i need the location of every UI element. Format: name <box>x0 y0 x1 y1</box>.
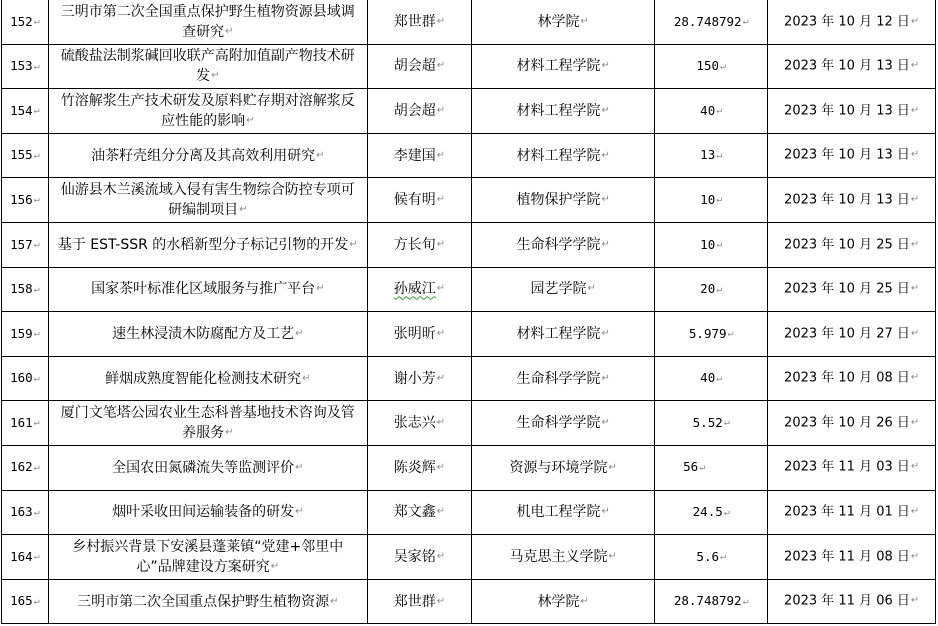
row-number: 164 <box>10 549 33 564</box>
row-number: 154 <box>10 103 33 118</box>
paragraph-mark-icon: ↵ <box>34 417 40 428</box>
project-leader: 郑世群 <box>394 594 436 610</box>
project-leader-cell[interactable]: 陈炎辉↵ <box>367 445 472 490</box>
date-value: 2023 年 11 月 06 日 <box>784 594 910 609</box>
project-leader-cell[interactable]: 张明昕↵ <box>367 312 472 357</box>
paragraph-mark-icon: ↵ <box>601 506 609 517</box>
college-name: 生命科学学院 <box>516 371 600 387</box>
college-name: 园艺学院 <box>530 281 586 297</box>
paragraph-mark-icon: ↵ <box>911 595 919 606</box>
project-leader: 郑世群 <box>394 14 436 30</box>
date-cell[interactable]: 2023 年 10 月 13 日↵ <box>768 133 936 178</box>
amount-value: 5.52 <box>693 415 723 430</box>
paragraph-mark-icon: ↵ <box>580 16 588 27</box>
project-title-cell[interactable]: 国家茶叶标准化区域服务与推广平台↵ <box>48 267 367 312</box>
college-name: 林学院 <box>537 594 579 610</box>
paragraph-mark-icon: ↵ <box>437 551 445 562</box>
college-cell[interactable]: 生命科学学院↵ <box>472 222 655 267</box>
project-leader: 吴家铭 <box>394 549 436 565</box>
project-leader: 候有明 <box>394 192 436 208</box>
table-row: 162↵ 全国农田氮磷流失等监测评价↵ 陈炎辉↵ 资源与环境学院↵ 56↵ 20… <box>2 445 936 490</box>
paragraph-mark-icon: ↵ <box>601 328 609 339</box>
row-number: 161 <box>10 415 33 430</box>
amount-cell[interactable]: 24.5↵ <box>655 490 768 535</box>
paragraph-mark-icon: ↵ <box>724 507 730 518</box>
paragraph-mark-icon: ↵ <box>34 507 40 518</box>
project-leader-cell[interactable]: 方长旬↵ <box>367 222 472 267</box>
row-number-cell[interactable]: 152↵ <box>2 0 49 44</box>
college-name: 材料工程学院 <box>516 148 600 164</box>
amount-value: 13 <box>700 147 715 162</box>
amount-value: 10 <box>700 237 715 252</box>
project-leader-cell[interactable]: 谢小芳↵ <box>367 356 472 401</box>
table-row: 164↵ 乡村振兴背景下安溪县蓬莱镇“党建+邻里中心”品牌建设方案研究↵ 吴家铭… <box>2 535 936 580</box>
row-number-cell[interactable]: 157↵ <box>2 222 49 267</box>
project-title: 鲜烟成熟度智能化检测技术研究 <box>105 371 301 387</box>
date-cell[interactable]: 2023 年 11 月 06 日↵ <box>768 579 936 624</box>
paragraph-mark-icon: ↵ <box>437 373 445 384</box>
project-title: 竹溶解浆生产技术研发及原料贮存期对溶解浆反应性能的影响 <box>61 93 355 129</box>
paragraph-mark-icon: ↵ <box>239 204 247 215</box>
paragraph-mark-icon: ↵ <box>437 596 445 607</box>
project-leader: 谢小芳 <box>394 371 436 387</box>
college-name: 植物保护学院 <box>516 192 600 208</box>
college-name: 机电工程学院 <box>516 504 600 520</box>
date-cell[interactable]: 2023 年 10 月 26 日↵ <box>768 401 936 446</box>
amount-value: 24.5 <box>693 504 723 519</box>
project-leader-cell[interactable]: 候有明↵ <box>367 178 472 223</box>
college-cell[interactable]: 材料工程学院↵ <box>472 44 655 89</box>
project-title-cell[interactable]: 硫酸盐法制浆碱回收联产高附加值副产物技术研发↵ <box>48 44 367 89</box>
paragraph-mark-icon: ↵ <box>246 115 254 126</box>
paragraph-mark-icon: ↵ <box>601 239 609 250</box>
paragraph-mark-icon: ↵ <box>34 150 40 161</box>
paragraph-mark-icon: ↵ <box>716 105 722 116</box>
project-leader: 郑文鑫 <box>394 504 436 520</box>
table-row: 161↵ 厦门文笔塔公园农业生态科普基地技术咨询及管养服务↵ 张志兴↵ 生命科学… <box>2 401 936 446</box>
date-cell[interactable]: 2023 年 10 月 27 日↵ <box>768 312 936 357</box>
table-row: 152↵ 三明市第二次全国重点保护野生植物资源县域调查研究↵ 郑世群↵ 林学院↵… <box>2 0 936 44</box>
paragraph-mark-icon: ↵ <box>211 70 219 81</box>
paragraph-mark-icon: ↵ <box>608 551 616 562</box>
paragraph-mark-icon: ↵ <box>295 328 303 339</box>
row-number-cell[interactable]: 163↵ <box>2 490 49 535</box>
project-leader-cell[interactable]: 张志兴↵ <box>367 401 472 446</box>
college-cell[interactable]: 材料工程学院↵ <box>472 133 655 178</box>
college-cell[interactable]: 生命科学学院↵ <box>472 401 655 446</box>
amount-value: 20 <box>700 281 715 296</box>
amount-value: 40 <box>700 103 715 118</box>
date-cell[interactable]: 2023 年 11 月 03 日↵ <box>768 445 936 490</box>
paragraph-mark-icon: ↵ <box>34 596 40 607</box>
project-title-cell[interactable]: 厦门文笔塔公园农业生态科普基地技术咨询及管养服务↵ <box>48 401 367 446</box>
amount-cell[interactable]: 28.748792↵ <box>655 0 768 44</box>
college-cell[interactable]: 材料工程学院↵ <box>472 312 655 357</box>
college-name: 材料工程学院 <box>516 103 600 119</box>
row-number-cell[interactable]: 160↵ <box>2 356 49 401</box>
project-leader: 胡会超 <box>394 58 436 74</box>
project-title-cell[interactable]: 仙游县木兰溪流域入侵有害生物综合防控专项可研编制项目↵ <box>48 178 367 223</box>
paragraph-mark-icon: ↵ <box>34 328 40 339</box>
paragraph-mark-icon: ↵ <box>601 150 609 161</box>
project-title-cell[interactable]: 鲜烟成熟度智能化检测技术研究↵ <box>48 356 367 401</box>
row-number-cell[interactable]: 162↵ <box>2 445 49 490</box>
project-title: 三明市第二次全国重点保护野生植物资源县域调查研究 <box>61 4 355 40</box>
row-number-cell[interactable]: 156↵ <box>2 178 49 223</box>
row-number: 158 <box>10 281 33 296</box>
project-leader: 张明昕 <box>394 326 436 342</box>
paragraph-mark-icon: ↵ <box>911 506 919 517</box>
paragraph-mark-icon: ↵ <box>295 462 303 473</box>
date-cell[interactable]: 2023 年 10 月 12 日↵ <box>768 0 936 44</box>
date-value: 2023 年 10 月 13 日 <box>784 59 910 74</box>
paragraph-mark-icon: ↵ <box>34 61 40 72</box>
paragraph-mark-icon: ↵ <box>302 373 310 384</box>
paragraph-mark-icon: ↵ <box>911 551 919 562</box>
table-row: 159↵ 速生林浸渍木防腐配方及工艺↵ 张明昕↵ 材料工程学院↵ 5.979↵ … <box>2 312 936 357</box>
project-title: 速生林浸渍木防腐配方及工艺 <box>112 326 294 342</box>
college-name: 马克思主义学院 <box>509 549 607 565</box>
paragraph-mark-icon: ↵ <box>437 462 445 473</box>
paragraph-mark-icon: ↵ <box>225 427 233 438</box>
college-cell[interactable]: 植物保护学院↵ <box>472 178 655 223</box>
paragraph-mark-icon: ↵ <box>34 194 40 205</box>
amount-value: 5.6 <box>696 549 719 564</box>
paragraph-mark-icon: ↵ <box>724 417 730 428</box>
date-value: 2023 年 10 月 27 日 <box>784 326 910 341</box>
paragraph-mark-icon: ↵ <box>911 328 919 339</box>
paragraph-mark-icon: ↵ <box>437 105 445 116</box>
paragraph-mark-icon: ↵ <box>601 194 609 205</box>
project-title: 全国农田氮磷流失等监测评价 <box>112 460 294 476</box>
project-leader-cell[interactable]: 李建国↵ <box>367 133 472 178</box>
date-value: 2023 年 10 月 13 日 <box>784 148 910 163</box>
row-number-cell[interactable]: 155↵ <box>2 133 49 178</box>
college-name: 材料工程学院 <box>516 326 600 342</box>
project-title: 三明市第二次全国重点保护野生植物资源 <box>77 594 329 610</box>
paragraph-mark-icon: ↵ <box>587 283 595 294</box>
amount-cell[interactable]: 5.52↵ <box>655 401 768 446</box>
table-row: 157↵ 基于 EST-SSR 的水稻新型分子标记引物的开发↵ 方长旬↵ 生命科… <box>2 222 936 267</box>
paragraph-mark-icon: ↵ <box>716 150 722 161</box>
paragraph-mark-icon: ↵ <box>225 26 233 37</box>
row-number: 156 <box>10 192 33 207</box>
college-name: 生命科学学院 <box>516 415 600 431</box>
paragraph-mark-icon: ↵ <box>720 551 726 562</box>
amount-cell[interactable]: 150↵ <box>655 44 768 89</box>
paragraph-mark-icon: ↵ <box>437 328 445 339</box>
date-value: 2023 年 11 月 03 日 <box>784 460 910 475</box>
amount-cell[interactable]: 28.748792↵ <box>655 579 768 624</box>
college-name: 资源与环境学院 <box>509 460 607 476</box>
project-leader-cell[interactable]: 孙威江↵ <box>367 267 472 312</box>
date-value: 2023 年 10 月 12 日 <box>784 14 910 29</box>
college-cell[interactable]: 林学院↵ <box>472 579 655 624</box>
paragraph-mark-icon: ↵ <box>271 561 279 572</box>
amount-cell[interactable]: 10↵ <box>655 222 768 267</box>
row-number-cell[interactable]: 165↵ <box>2 579 49 624</box>
amount-cell[interactable]: 40↵ <box>655 89 768 134</box>
project-title: 厦门文笔塔公园农业生态科普基地技术咨询及管养服务 <box>61 405 355 441</box>
date-cell[interactable]: 2023 年 10 月 08 日↵ <box>768 356 936 401</box>
paragraph-mark-icon: ↵ <box>437 283 445 294</box>
project-leader: 方长旬 <box>394 237 436 253</box>
table-row: 158↵ 国家茶叶标准化区域服务与推广平台↵ 孙威江↵ 园艺学院↵ 20↵ 20… <box>2 267 936 312</box>
row-number: 159 <box>10 326 33 341</box>
table-body: 152↵ 三明市第二次全国重点保护野生植物资源县域调查研究↵ 郑世群↵ 林学院↵… <box>2 0 936 624</box>
project-title-cell[interactable]: 全国农田氮磷流失等监测评价↵ <box>48 445 367 490</box>
row-number: 153 <box>10 58 33 73</box>
project-leader: 胡会超 <box>394 103 436 119</box>
college-name: 材料工程学院 <box>516 58 600 74</box>
paragraph-mark-icon: ↵ <box>601 417 609 428</box>
row-number: 160 <box>10 370 33 385</box>
table-row: 165↵ 三明市第二次全国重点保护野生植物资源↵ 郑世群↵ 林学院↵ 28.74… <box>2 579 936 624</box>
college-cell[interactable]: 生命科学学院↵ <box>472 356 655 401</box>
paragraph-mark-icon: ↵ <box>716 284 722 295</box>
table-row: 160↵ 鲜烟成熟度智能化检测技术研究↵ 谢小芳↵ 生命科学学院↵ 40↵ 20… <box>2 356 936 401</box>
project-leader: 张志兴 <box>394 415 436 431</box>
date-value: 2023 年 11 月 01 日 <box>784 505 910 520</box>
paragraph-mark-icon: ↵ <box>728 328 734 339</box>
paragraph-mark-icon: ↵ <box>295 506 303 517</box>
paragraph-mark-icon: ↵ <box>437 239 445 250</box>
paragraph-mark-icon: ↵ <box>330 596 338 607</box>
project-leader-cell[interactable]: 吴家铭↵ <box>367 535 472 580</box>
amount-value: 56 <box>683 459 698 474</box>
row-number: 157 <box>10 237 33 252</box>
project-title: 油茶籽壳组分分离及其高效利用研究 <box>91 148 315 164</box>
date-cell[interactable]: 2023 年 10 月 25 日↵ <box>768 222 936 267</box>
project-title: 硫酸盐法制浆碱回收联产高附加值副产物技术研发 <box>61 48 355 84</box>
paragraph-mark-icon: ↵ <box>911 149 919 160</box>
date-value: 2023 年 10 月 13 日 <box>784 192 910 207</box>
project-title-cell[interactable]: 乡村振兴背景下安溪县蓬莱镇“党建+邻里中心”品牌建设方案研究↵ <box>48 535 367 580</box>
paragraph-mark-icon: ↵ <box>716 239 722 250</box>
table-row: 155↵ 油茶籽壳组分分离及其高效利用研究↵ 李建国↵ 材料工程学院↵ 13↵ … <box>2 133 936 178</box>
paragraph-mark-icon: ↵ <box>911 417 919 428</box>
college-cell[interactable]: 机电工程学院↵ <box>472 490 655 535</box>
project-title: 烟叶采收田间运输装备的研发 <box>112 504 294 520</box>
paragraph-mark-icon: ↵ <box>911 283 919 294</box>
date-cell[interactable]: 2023 年 11 月 01 日↵ <box>768 490 936 535</box>
paragraph-mark-icon: ↵ <box>720 61 726 72</box>
project-leader-cell[interactable]: 胡会超↵ <box>367 89 472 134</box>
paragraph-mark-icon: ↵ <box>34 284 40 295</box>
paragraph-mark-icon: ↵ <box>316 150 324 161</box>
paragraph-mark-icon: ↵ <box>716 373 722 384</box>
row-number-cell[interactable]: 153↵ <box>2 44 49 89</box>
paragraph-mark-icon: ↵ <box>911 194 919 205</box>
amount-cell[interactable]: 10↵ <box>655 178 768 223</box>
project-leader-cell[interactable]: 郑文鑫↵ <box>367 490 472 535</box>
project-title-cell[interactable]: 基于 EST-SSR 的水稻新型分子标记引物的开发↵ <box>48 222 367 267</box>
paragraph-mark-icon: ↵ <box>437 194 445 205</box>
project-title: 乡村振兴背景下安溪县蓬莱镇“党建+邻里中心”品牌建设方案研究 <box>72 539 343 575</box>
paragraph-mark-icon: ↵ <box>34 105 40 116</box>
date-value: 2023 年 10 月 13 日 <box>784 103 910 118</box>
amount-value: 10 <box>700 192 715 207</box>
row-number-cell[interactable]: 158↵ <box>2 267 49 312</box>
paragraph-mark-icon: ↵ <box>34 551 40 562</box>
date-value: 2023 年 11 月 08 日 <box>784 549 910 564</box>
row-number: 163 <box>10 504 33 519</box>
paragraph-mark-icon: ↵ <box>34 16 40 27</box>
project-title-cell[interactable]: 速生林浸渍木防腐配方及工艺↵ <box>48 312 367 357</box>
project-leader: 孙威江 <box>394 281 436 297</box>
paragraph-mark-icon: ↵ <box>601 373 609 384</box>
paragraph-mark-icon: ↵ <box>437 417 445 428</box>
paragraph-mark-icon: ↵ <box>911 372 919 383</box>
college-cell[interactable]: 资源与环境学院↵ <box>472 445 655 490</box>
project-title-cell[interactable]: 三明市第二次全国重点保护野生植物资源↵ <box>48 579 367 624</box>
amount-cell[interactable]: 20↵ <box>655 267 768 312</box>
row-number-cell[interactable]: 164↵ <box>2 535 49 580</box>
college-name: 生命科学学院 <box>516 237 600 253</box>
row-number: 165 <box>10 593 33 608</box>
project-title-cell[interactable]: 油茶籽壳组分分离及其高效利用研究↵ <box>48 133 367 178</box>
project-title: 国家茶叶标准化区域服务与推广平台 <box>91 281 315 297</box>
project-leader-cell[interactable]: 胡会超↵ <box>367 44 472 89</box>
amount-cell[interactable]: 56↵ <box>655 445 768 490</box>
project-leader: 李建国 <box>394 148 436 164</box>
project-title: 基于 EST-SSR 的水稻新型分子标记引物的开发 <box>58 237 348 253</box>
college-cell[interactable]: 材料工程学院↵ <box>472 89 655 134</box>
college-name: 林学院 <box>537 14 579 30</box>
paragraph-mark-icon: ↵ <box>911 60 919 71</box>
paragraph-mark-icon: ↵ <box>316 283 324 294</box>
paragraph-mark-icon: ↵ <box>911 239 919 250</box>
project-title-cell[interactable]: 三明市第二次全国重点保护野生植物资源县域调查研究↵ <box>48 0 367 44</box>
project-title-cell[interactable]: 烟叶采收田间运输装备的研发↵ <box>48 490 367 535</box>
row-number: 162 <box>10 459 33 474</box>
date-cell[interactable]: 2023 年 11 月 08 日↵ <box>768 535 936 580</box>
paragraph-mark-icon: ↵ <box>437 16 445 27</box>
row-number: 155 <box>10 147 33 162</box>
paragraph-mark-icon: ↵ <box>34 239 40 250</box>
amount-cell[interactable]: 13↵ <box>655 133 768 178</box>
amount-value: 150 <box>696 58 719 73</box>
table-row: 154↵ 竹溶解浆生产技术研发及原料贮存期对溶解浆反应性能的影响↵ 胡会超↵ 材… <box>2 89 936 134</box>
college-cell[interactable]: 园艺学院↵ <box>472 267 655 312</box>
table-row: 153↵ 硫酸盐法制浆碱回收联产高附加值副产物技术研发↵ 胡会超↵ 材料工程学院… <box>2 44 936 89</box>
project-title-cell[interactable]: 竹溶解浆生产技术研发及原料贮存期对溶解浆反应性能的影响↵ <box>48 89 367 134</box>
date-value: 2023 年 10 月 08 日 <box>784 371 910 386</box>
amount-cell[interactable]: 5.979↵ <box>655 312 768 357</box>
paragraph-mark-icon: ↵ <box>349 239 357 250</box>
table-row: 156↵ 仙游县木兰溪流域入侵有害生物综合防控专项可研编制项目↵ 候有明↵ 植物… <box>2 178 936 223</box>
project-leader-cell[interactable]: 郑世群↵ <box>367 0 472 44</box>
paragraph-mark-icon: ↵ <box>580 596 588 607</box>
project-leader: 陈炎辉 <box>394 460 436 476</box>
date-cell[interactable]: 2023 年 10 月 13 日↵ <box>768 44 936 89</box>
date-value: 2023 年 10 月 25 日 <box>784 282 910 297</box>
paragraph-mark-icon: ↵ <box>437 60 445 71</box>
row-number-cell[interactable]: 159↵ <box>2 312 49 357</box>
date-value: 2023 年 10 月 26 日 <box>784 415 910 430</box>
college-cell[interactable]: 林学院↵ <box>472 0 655 44</box>
row-number-cell[interactable]: 161↵ <box>2 401 49 446</box>
project-table: 152↵ 三明市第二次全国重点保护野生植物资源县域调查研究↵ 郑世群↵ 林学院↵… <box>1 0 936 624</box>
paragraph-mark-icon: ↵ <box>601 60 609 71</box>
paragraph-mark-icon: ↵ <box>601 105 609 116</box>
paragraph-mark-icon: ↵ <box>437 150 445 161</box>
paragraph-mark-icon: ↵ <box>743 596 749 607</box>
paragraph-mark-icon: ↵ <box>716 194 722 205</box>
paragraph-mark-icon: ↵ <box>437 506 445 517</box>
paragraph-mark-icon: ↵ <box>34 462 40 473</box>
table-row: 163↵ 烟叶采收田间运输装备的研发↵ 郑文鑫↵ 机电工程学院↵ 24.5↵ 2… <box>2 490 936 535</box>
paragraph-mark-icon: ↵ <box>699 462 705 473</box>
paragraph-mark-icon: ↵ <box>911 16 919 27</box>
amount-cell[interactable]: 40↵ <box>655 356 768 401</box>
college-cell[interactable]: 马克思主义学院↵ <box>472 535 655 580</box>
row-number: 152 <box>10 14 33 29</box>
date-cell[interactable]: 2023 年 10 月 13 日↵ <box>768 178 936 223</box>
paragraph-mark-icon: ↵ <box>911 461 919 472</box>
date-cell[interactable]: 2023 年 10 月 25 日↵ <box>768 267 936 312</box>
row-number-cell[interactable]: 154↵ <box>2 89 49 134</box>
amount-cell[interactable]: 5.6↵ <box>655 535 768 580</box>
amount-value: 40 <box>700 370 715 385</box>
amount-value: 28.748792 <box>674 593 742 608</box>
project-title: 仙游县木兰溪流域入侵有害生物综合防控专项可研编制项目 <box>61 182 355 218</box>
date-value: 2023 年 10 月 25 日 <box>784 237 910 252</box>
project-leader-cell[interactable]: 郑世群↵ <box>367 579 472 624</box>
paragraph-mark-icon: ↵ <box>608 462 616 473</box>
paragraph-mark-icon: ↵ <box>34 373 40 384</box>
amount-value: 28.748792 <box>674 14 742 29</box>
amount-value: 5.979 <box>689 326 727 341</box>
paragraph-mark-icon: ↵ <box>911 105 919 116</box>
paragraph-mark-icon: ↵ <box>743 16 749 27</box>
date-cell[interactable]: 2023 年 10 月 13 日↵ <box>768 89 936 134</box>
